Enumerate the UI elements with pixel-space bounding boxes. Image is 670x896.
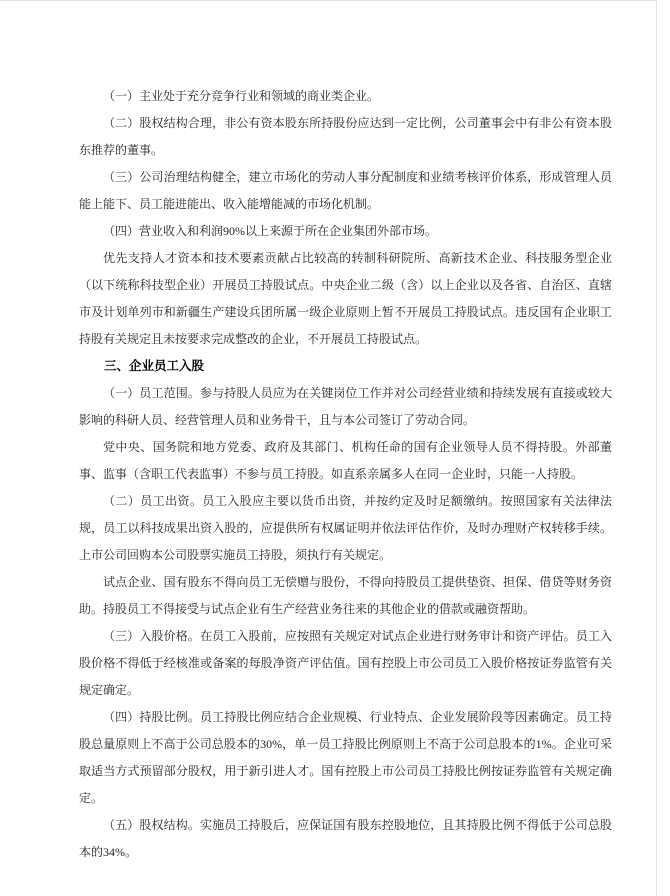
paragraph: （五）股权结构。实施员工持股后，应保证国有股东控股地位，且其持股比例不得低于公司… [79, 812, 612, 866]
document-body: （一）主业处于充分竞争行业和领域的商业类企业。（二）股权结构合理，非公有资本股东… [79, 83, 612, 866]
document-page: （一）主业处于充分竞争行业和领域的商业类企业。（二）股权结构合理，非公有资本股东… [0, 0, 657, 896]
paragraph: （四）营业收入和利润90%以上来源于所在企业集团外部市场。 [79, 218, 612, 245]
paragraph: （一）员工范围。参与持股人员应为在关键岗位工作并对公司经营业绩和持续发展有直接或… [79, 380, 612, 434]
paragraph: （三）公司治理结构健全，建立市场化的劳动人事分配制度和业绩考核评价体系，形成管理… [79, 164, 612, 218]
paragraph: 试点企业、国有股东不得向员工无偿赠与股份，不得向持股员工提供垫资、担保、借贷等财… [79, 569, 612, 623]
paragraph: （二）股权结构合理，非公有资本股东所持股份应达到一定比例，公司董事会中有非公有资… [79, 110, 612, 164]
paragraph: （四）持股比例。员工持股比例应结合企业规模、行业特点、企业发展阶段等因素确定。员… [79, 704, 612, 812]
paragraph: 党中央、国务院和地方党委、政府及其部门、机构任命的国有企业领导人员不得持股。外部… [79, 434, 612, 488]
paragraph: （一）主业处于充分竞争行业和领域的商业类企业。 [79, 83, 612, 110]
paragraph: 优先支持人才资本和技术要素贡献占比较高的转制科研院所、高新技术企业、科技服务型企… [79, 245, 612, 353]
paragraph: （二）员工出资。员工入股应主要以货币出资，并按约定及时足额缴纳。按照国家有关法律… [79, 488, 612, 569]
paragraph: （三）入股价格。在员工入股前，应按照有关规定对试点企业进行财务审计和资产评估。员… [79, 623, 612, 704]
page-right-gutter [658, 0, 670, 896]
section-heading: 三、企业员工入股 [79, 353, 612, 380]
